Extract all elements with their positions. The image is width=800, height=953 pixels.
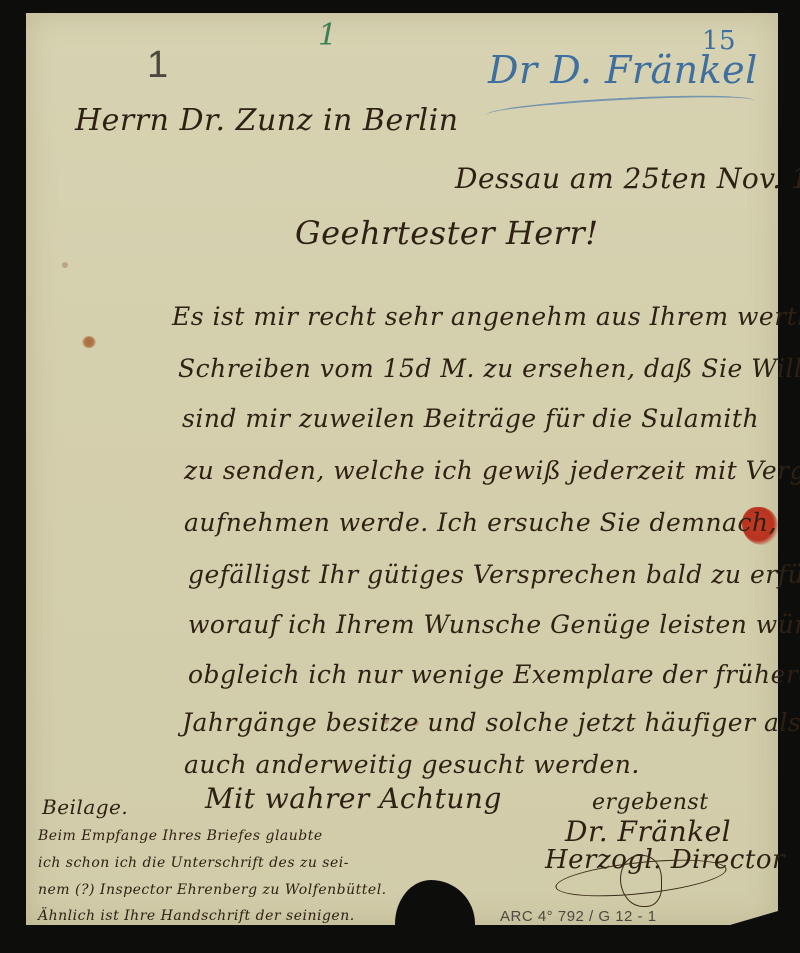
shelfmark: ARC 4° 792 / G 12 - 1 (500, 908, 657, 925)
body-line-3: sind mir zuweilen Beiträge für die Sulam… (182, 404, 759, 433)
postscript-label: Beilage. (42, 795, 128, 819)
body-line-1: Es ist mir recht sehr angenehm aus Ihrem… (172, 302, 800, 331)
body-line-8: obgleich ich nur wenige Exemplare der fr… (188, 660, 800, 689)
postscript-line-4: Ähnlich ist Ihre Handschrift der seinige… (38, 908, 355, 924)
postscript-line-3: nem (?) Inspector Ehrenberg zu Wolfenbüt… (38, 882, 387, 898)
body-line-9: Jahrgänge besitze und solche jetzt häufi… (182, 708, 800, 737)
body-line-5: aufnehmen werde. Ich ersuche Sie demnach… (184, 508, 777, 537)
folio-number-green: 1 (318, 18, 338, 53)
body-line-4: zu senden, welche ich gewiß jederzeit mi… (184, 456, 800, 485)
place-date: Dessau am 25ten Nov. 1819. (455, 162, 800, 195)
corner-damage (730, 911, 778, 925)
brown-stain (82, 336, 96, 348)
body-line-6: gefälligst Ihr gütiges Versprechen bald … (188, 560, 800, 589)
postscript-line-1: Beim Empfange Ihres Briefes glaubte (38, 828, 323, 844)
folio-number-pencil: 1 (147, 44, 169, 87)
salutation: Geehrtester Herr! (295, 214, 599, 252)
signature-name: Dr. Fränkel (565, 815, 731, 848)
body-line-10: auch anderweitig gesucht werden. (184, 750, 640, 779)
closing: Mit wahrer Achtung (205, 782, 502, 815)
signature-ergebenst: ergebenst (592, 790, 709, 815)
postscript-line-2: ich schon ich die Unterschrift des zu se… (38, 855, 349, 871)
addressee: Herrn Dr. Zunz in Berlin (75, 103, 459, 138)
signature-flourish-loop (620, 855, 662, 907)
speck (62, 262, 68, 268)
archive-name-label: Dr D. Fränkel (488, 48, 758, 92)
body-line-2: Schreiben vom 15d M. zu ersehen, daß Sie… (178, 354, 800, 383)
body-line-7: worauf ich Ihrem Wunsche Genüge leisten … (188, 610, 800, 639)
